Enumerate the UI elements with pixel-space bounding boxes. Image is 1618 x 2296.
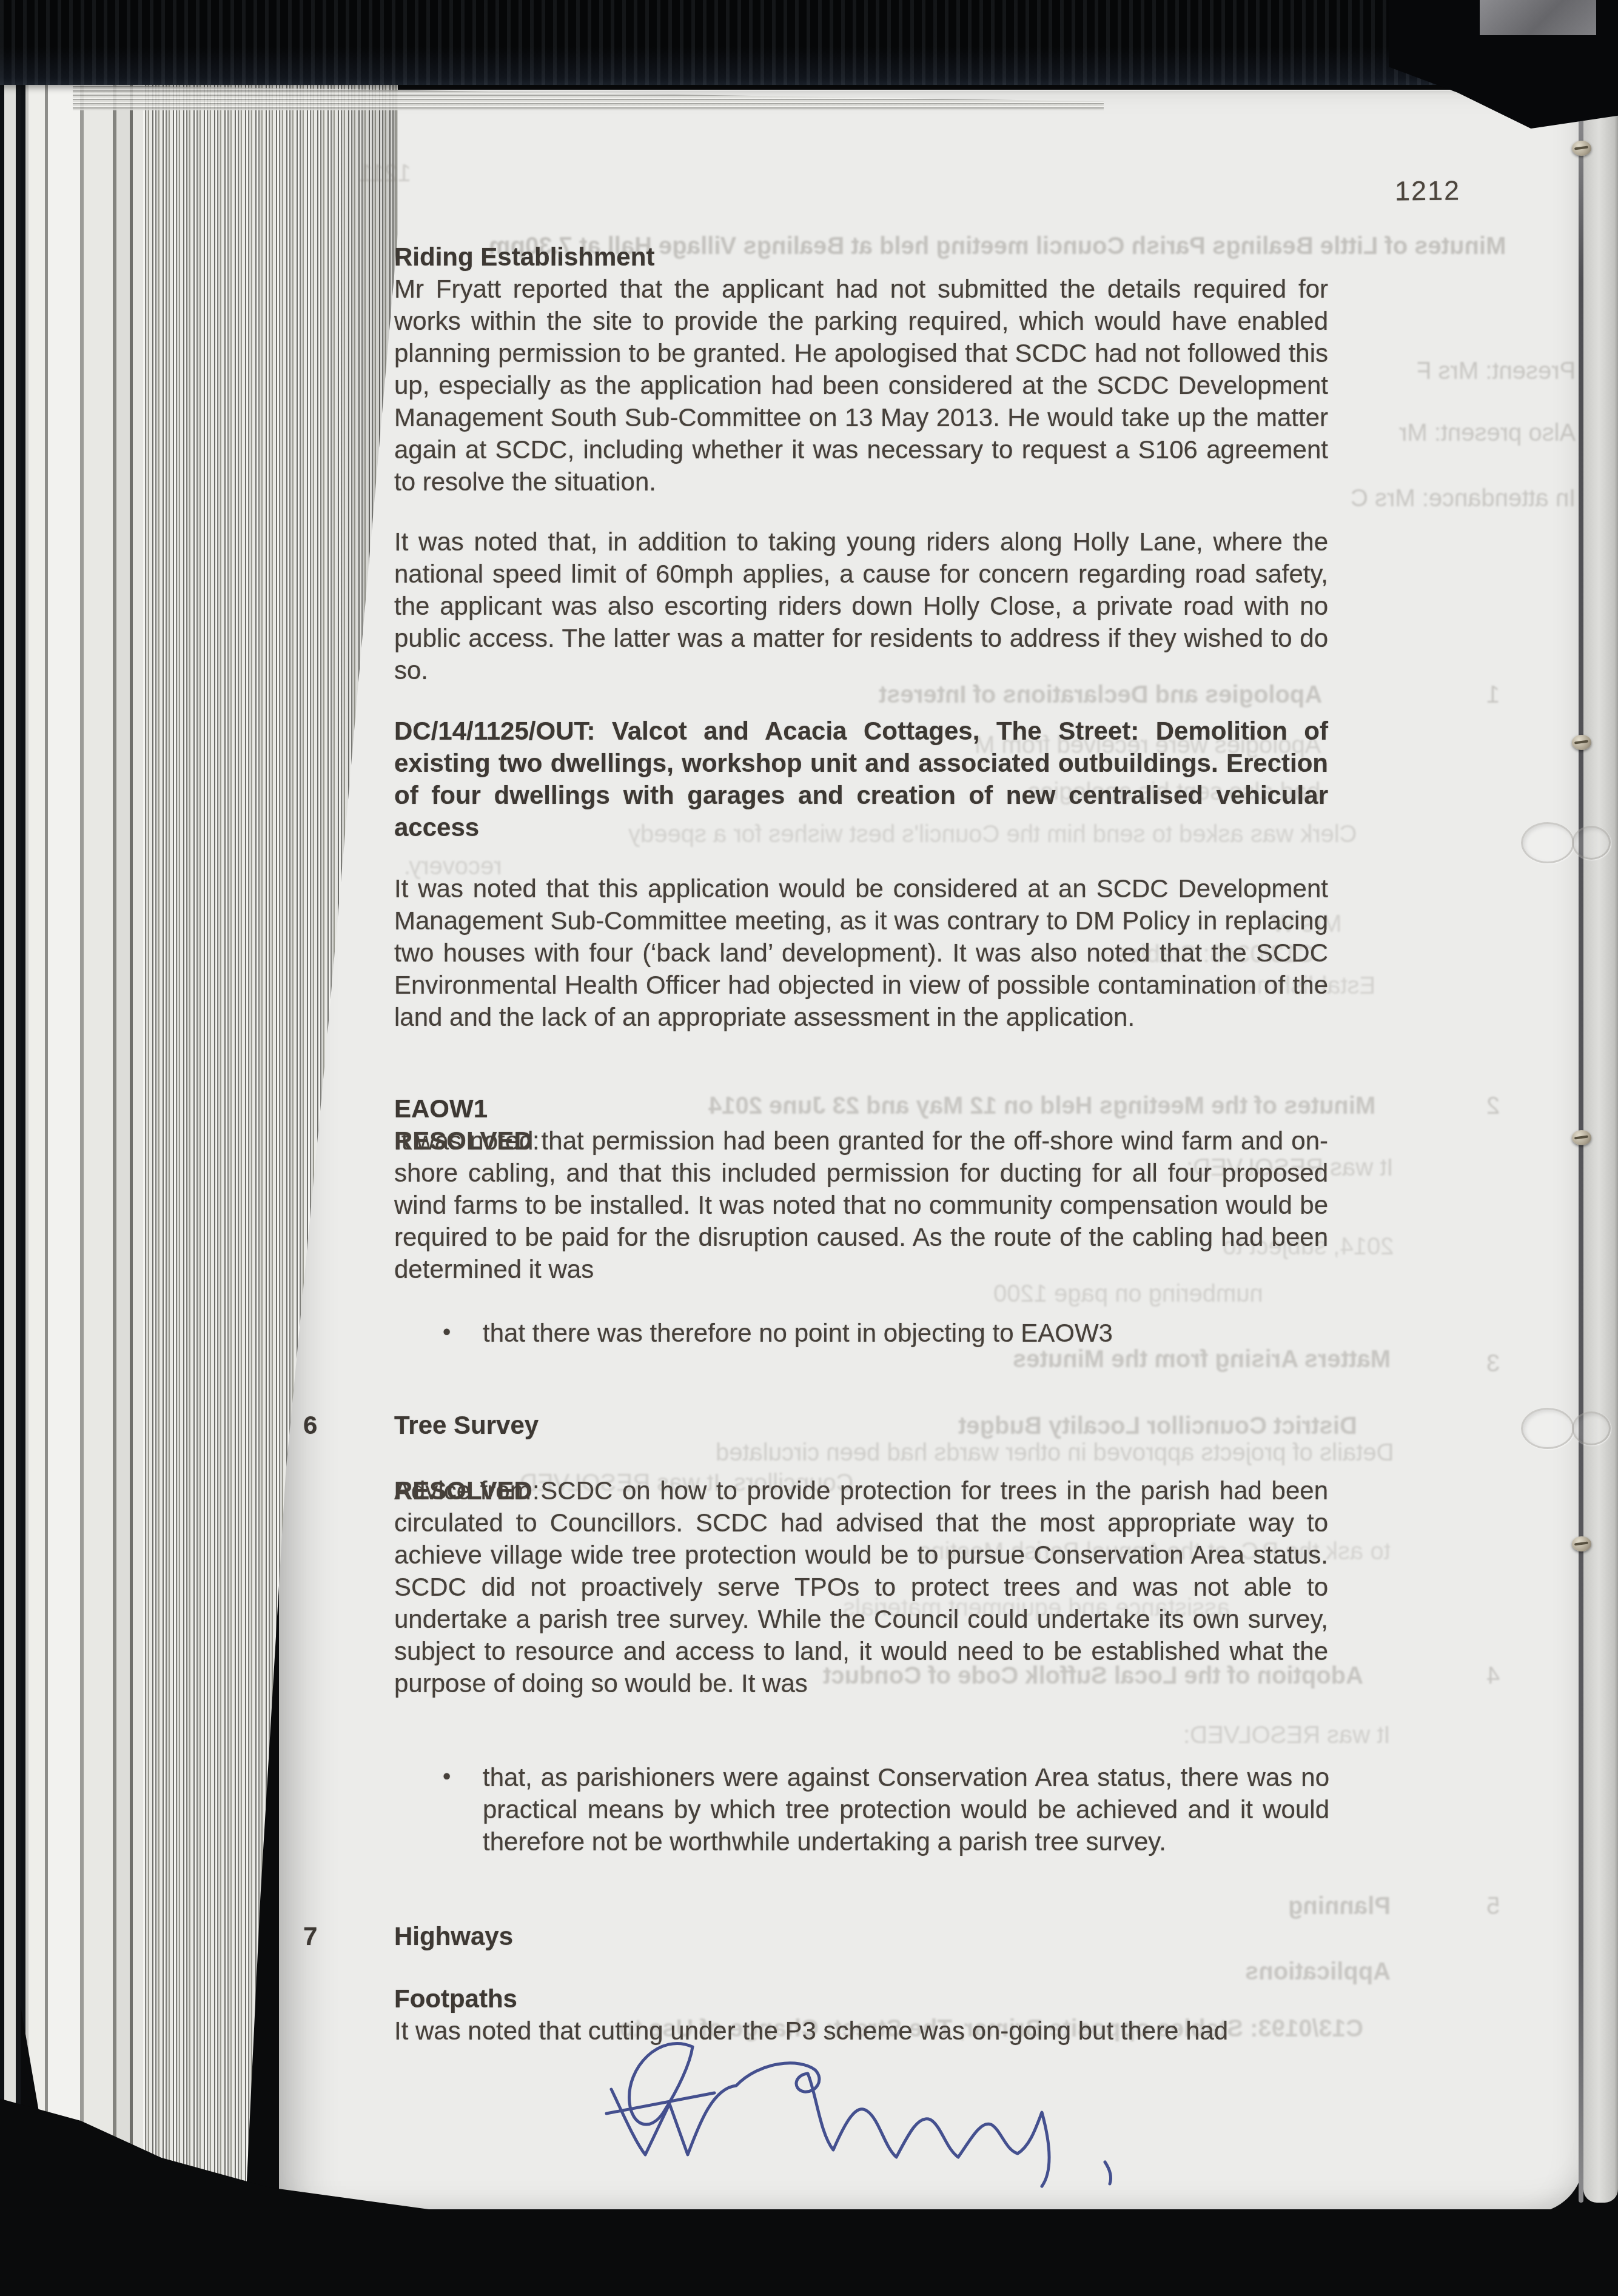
top-right-blur-patch	[1480, 0, 1596, 35]
binding-screw	[1572, 735, 1591, 750]
binding-screw	[1572, 1536, 1591, 1551]
embossed-hole	[1521, 822, 1574, 863]
book-photo: 1211Minutes of Little Bealings Parish Co…	[0, 0, 1618, 2296]
embossed-hole	[1572, 826, 1611, 860]
embossed-hole	[1521, 1408, 1574, 1449]
ink-signature	[0, 0, 1618, 2296]
embossed-hole	[1572, 1411, 1611, 1445]
book-spine-top	[0, 0, 1618, 85]
binding-screw	[1572, 141, 1591, 156]
binding-screw	[1572, 1130, 1591, 1145]
bottom-background	[0, 2209, 1618, 2296]
